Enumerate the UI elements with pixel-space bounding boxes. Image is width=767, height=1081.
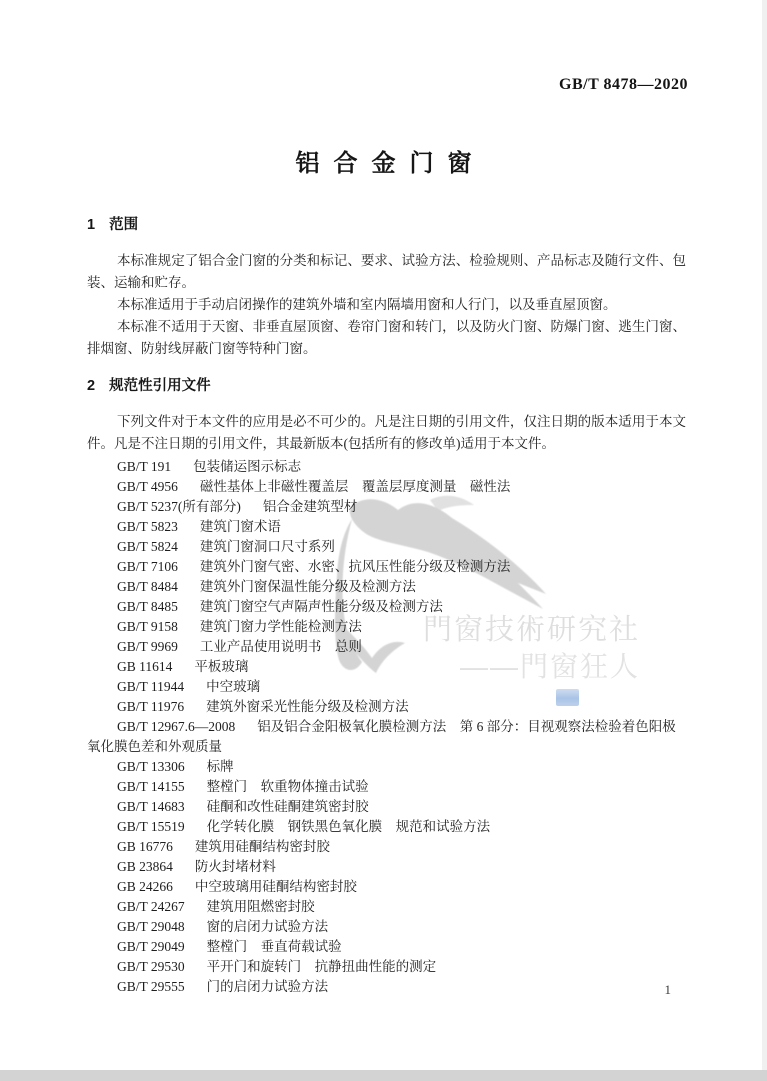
page-number: 1 bbox=[665, 982, 672, 998]
paragraph: 本标准规定了铝合金门窗的分类和标记、要求、试验方法、检验规则、产品标志及随行文件… bbox=[87, 250, 686, 294]
document-body: 1范围 本标准规定了铝合金门窗的分类和标记、要求、试验方法、检验规则、产品标志及… bbox=[87, 214, 686, 997]
reference-item: GB 24266中空玻璃用硅酮结构密封胶 bbox=[87, 877, 686, 897]
reference-title: 整樘门 软重物体撞击试验 bbox=[207, 779, 369, 794]
section-2-number: 2 bbox=[87, 378, 95, 394]
reference-item: GB/T 29049整樘门 垂直荷载试验 bbox=[87, 937, 686, 957]
reference-title: 建筑门窗力学性能检测方法 bbox=[200, 619, 362, 634]
reference-title: 建筑门窗空气声隔声性能分级及检测方法 bbox=[200, 599, 443, 614]
reference-item: GB/T 8485建筑门窗空气声隔声性能分级及检测方法 bbox=[87, 597, 686, 617]
reference-title: 整樘门 垂直荷载试验 bbox=[207, 939, 342, 954]
standard-code: GB/T 8478—2020 bbox=[559, 76, 688, 94]
reference-title: 化学转化膜 钢铁黑色氧化膜 规范和试验方法 bbox=[207, 819, 491, 834]
reference-title: 门的启闭力试验方法 bbox=[207, 979, 329, 994]
reference-code: GB/T 8485 bbox=[117, 599, 178, 614]
paragraph: 本标准不适用于天窗、非垂直屋顶窗、卷帘门窗和转门，以及防火门窗、防爆门窗、逃生门… bbox=[87, 316, 686, 360]
reference-title: 包装储运图示标志 bbox=[193, 459, 301, 474]
reference-item: GB/T 9158建筑门窗力学性能检测方法 bbox=[87, 617, 686, 637]
reference-code: GB/T 24267 bbox=[117, 899, 185, 914]
reference-item: GB/T 8484建筑外门窗保温性能分级及检测方法 bbox=[87, 577, 686, 597]
reference-title: 铝合金建筑型材 bbox=[263, 499, 358, 514]
reference-list: GB/T 191包装储运图示标志GB/T 4956磁性基体上非磁性覆盖层 覆盖层… bbox=[87, 457, 686, 997]
section-2-title: 规范性引用文件 bbox=[109, 378, 211, 394]
reference-title: 建筑外窗采光性能分级及检测方法 bbox=[206, 699, 409, 714]
reference-code: GB/T 11944 bbox=[117, 679, 184, 694]
section-1-heading: 1范围 bbox=[87, 214, 686, 236]
reference-title: 硅酮和改性硅酮建筑密封胶 bbox=[207, 799, 369, 814]
reference-title: 中空玻璃 bbox=[206, 679, 260, 694]
section-1-number: 1 bbox=[87, 217, 95, 233]
reference-code: GB/T 8484 bbox=[117, 579, 178, 594]
reference-code: GB/T 191 bbox=[117, 459, 171, 474]
reference-title: 平板玻璃 bbox=[194, 659, 248, 674]
reference-title: 建筑门窗洞口尺寸系列 bbox=[200, 539, 335, 554]
reference-code: GB/T 14155 bbox=[117, 779, 185, 794]
reference-item: GB/T 11944中空玻璃 bbox=[87, 677, 686, 697]
reference-title: 窗的启闭力试验方法 bbox=[207, 919, 329, 934]
reference-title: 中空玻璃用硅酮结构密封胶 bbox=[195, 879, 357, 894]
reference-code: GB/T 5237(所有部分) bbox=[117, 499, 241, 514]
reference-title: 建筑门窗术语 bbox=[200, 519, 281, 534]
reference-item: GB/T 11976建筑外窗采光性能分级及检测方法 bbox=[87, 697, 686, 717]
paragraph: 本标准适用于手动启闭操作的建筑外墙和室内隔墙用窗和人行门，以及垂直屋顶窗。 bbox=[87, 294, 686, 316]
reference-code: GB/T 4956 bbox=[117, 479, 178, 494]
section-1-title: 范围 bbox=[109, 217, 138, 233]
reference-code: GB/T 29049 bbox=[117, 939, 185, 954]
reference-title: 建筑用硅酮结构密封胶 bbox=[195, 839, 330, 854]
reference-item: GB/T 14155整樘门 软重物体撞击试验 bbox=[87, 777, 686, 797]
reference-code: GB/T 29530 bbox=[117, 959, 185, 974]
scan-bottom-bar bbox=[0, 1070, 767, 1081]
reference-code: GB/T 5824 bbox=[117, 539, 178, 554]
reference-title: 工业产品使用说明书 总则 bbox=[200, 639, 362, 654]
reference-title: 建筑外门窗保温性能分级及检测方法 bbox=[200, 579, 416, 594]
reference-code: GB/T 12967.6—2008 bbox=[117, 719, 235, 734]
reference-item: GB/T 5824建筑门窗洞口尺寸系列 bbox=[87, 537, 686, 557]
reference-item: GB/T 13306标牌 bbox=[87, 757, 686, 777]
reference-code: GB 11614 bbox=[117, 659, 172, 674]
scan-edge-shadow bbox=[762, 0, 767, 1070]
reference-code: GB/T 9969 bbox=[117, 639, 178, 654]
reference-title: 磁性基体上非磁性覆盖层 覆盖层厚度测量 磁性法 bbox=[200, 479, 511, 494]
reference-title: 标牌 bbox=[207, 759, 234, 774]
reference-item: GB/T 191包装储运图示标志 bbox=[87, 457, 686, 477]
reference-code: GB/T 15519 bbox=[117, 819, 185, 834]
reference-item: GB/T 14683硅酮和改性硅酮建筑密封胶 bbox=[87, 797, 686, 817]
reference-item: GB/T 15519化学转化膜 钢铁黑色氧化膜 规范和试验方法 bbox=[87, 817, 686, 837]
reference-item: GB/T 29555门的启闭力试验方法 bbox=[87, 977, 686, 997]
reference-item: GB 16776建筑用硅酮结构密封胶 bbox=[87, 837, 686, 857]
paragraph: 下列文件对于本文件的应用是必不可少的。凡是注日期的引用文件，仅注日期的版本适用于… bbox=[87, 411, 686, 455]
reference-title: 建筑外门窗气密、水密、抗风压性能分级及检测方法 bbox=[200, 559, 511, 574]
reference-code: GB/T 11976 bbox=[117, 699, 184, 714]
reference-code: GB/T 13306 bbox=[117, 759, 185, 774]
reference-item: GB/T 29530平开门和旋转门 抗静扭曲性能的测定 bbox=[87, 957, 686, 977]
reference-item: GB/T 24267建筑用阻燃密封胶 bbox=[87, 897, 686, 917]
reference-code: GB/T 9158 bbox=[117, 619, 178, 634]
reference-code: GB/T 7106 bbox=[117, 559, 178, 574]
reference-item: GB/T 4956磁性基体上非磁性覆盖层 覆盖层厚度测量 磁性法 bbox=[87, 477, 686, 497]
reference-item: GB/T 5823建筑门窗术语 bbox=[87, 517, 686, 537]
reference-code: GB/T 14683 bbox=[117, 799, 185, 814]
reference-code: GB 16776 bbox=[117, 839, 173, 854]
section-2-heading: 2规范性引用文件 bbox=[87, 375, 686, 397]
reference-item: GB/T 12967.6—2008铝及铝合金阳极氧化膜检测方法 第 6 部分：目… bbox=[87, 717, 686, 757]
reference-code: GB/T 29048 bbox=[117, 919, 185, 934]
reference-code: GB/T 29555 bbox=[117, 979, 185, 994]
reference-item: GB 11614平板玻璃 bbox=[87, 657, 686, 677]
reference-item: GB/T 9969工业产品使用说明书 总则 bbox=[87, 637, 686, 657]
reference-item: GB/T 7106建筑外门窗气密、水密、抗风压性能分级及检测方法 bbox=[87, 557, 686, 577]
reference-code: GB 23864 bbox=[117, 859, 173, 874]
document-page: 門窗技術研究社 ——門窗狂人 GB/T 8478—2020 铝合金门窗 1范围 … bbox=[0, 0, 767, 1081]
reference-title: 防火封堵材料 bbox=[195, 859, 276, 874]
reference-code: GB 24266 bbox=[117, 879, 173, 894]
reference-code: GB/T 5823 bbox=[117, 519, 178, 534]
reference-item: GB/T 5237(所有部分)铝合金建筑型材 bbox=[87, 497, 686, 517]
reference-title: 建筑用阻燃密封胶 bbox=[207, 899, 315, 914]
reference-title: 平开门和旋转门 抗静扭曲性能的测定 bbox=[207, 959, 437, 974]
document-title: 铝合金门窗 bbox=[0, 143, 767, 178]
reference-item: GB 23864防火封堵材料 bbox=[87, 857, 686, 877]
reference-item: GB/T 29048窗的启闭力试验方法 bbox=[87, 917, 686, 937]
